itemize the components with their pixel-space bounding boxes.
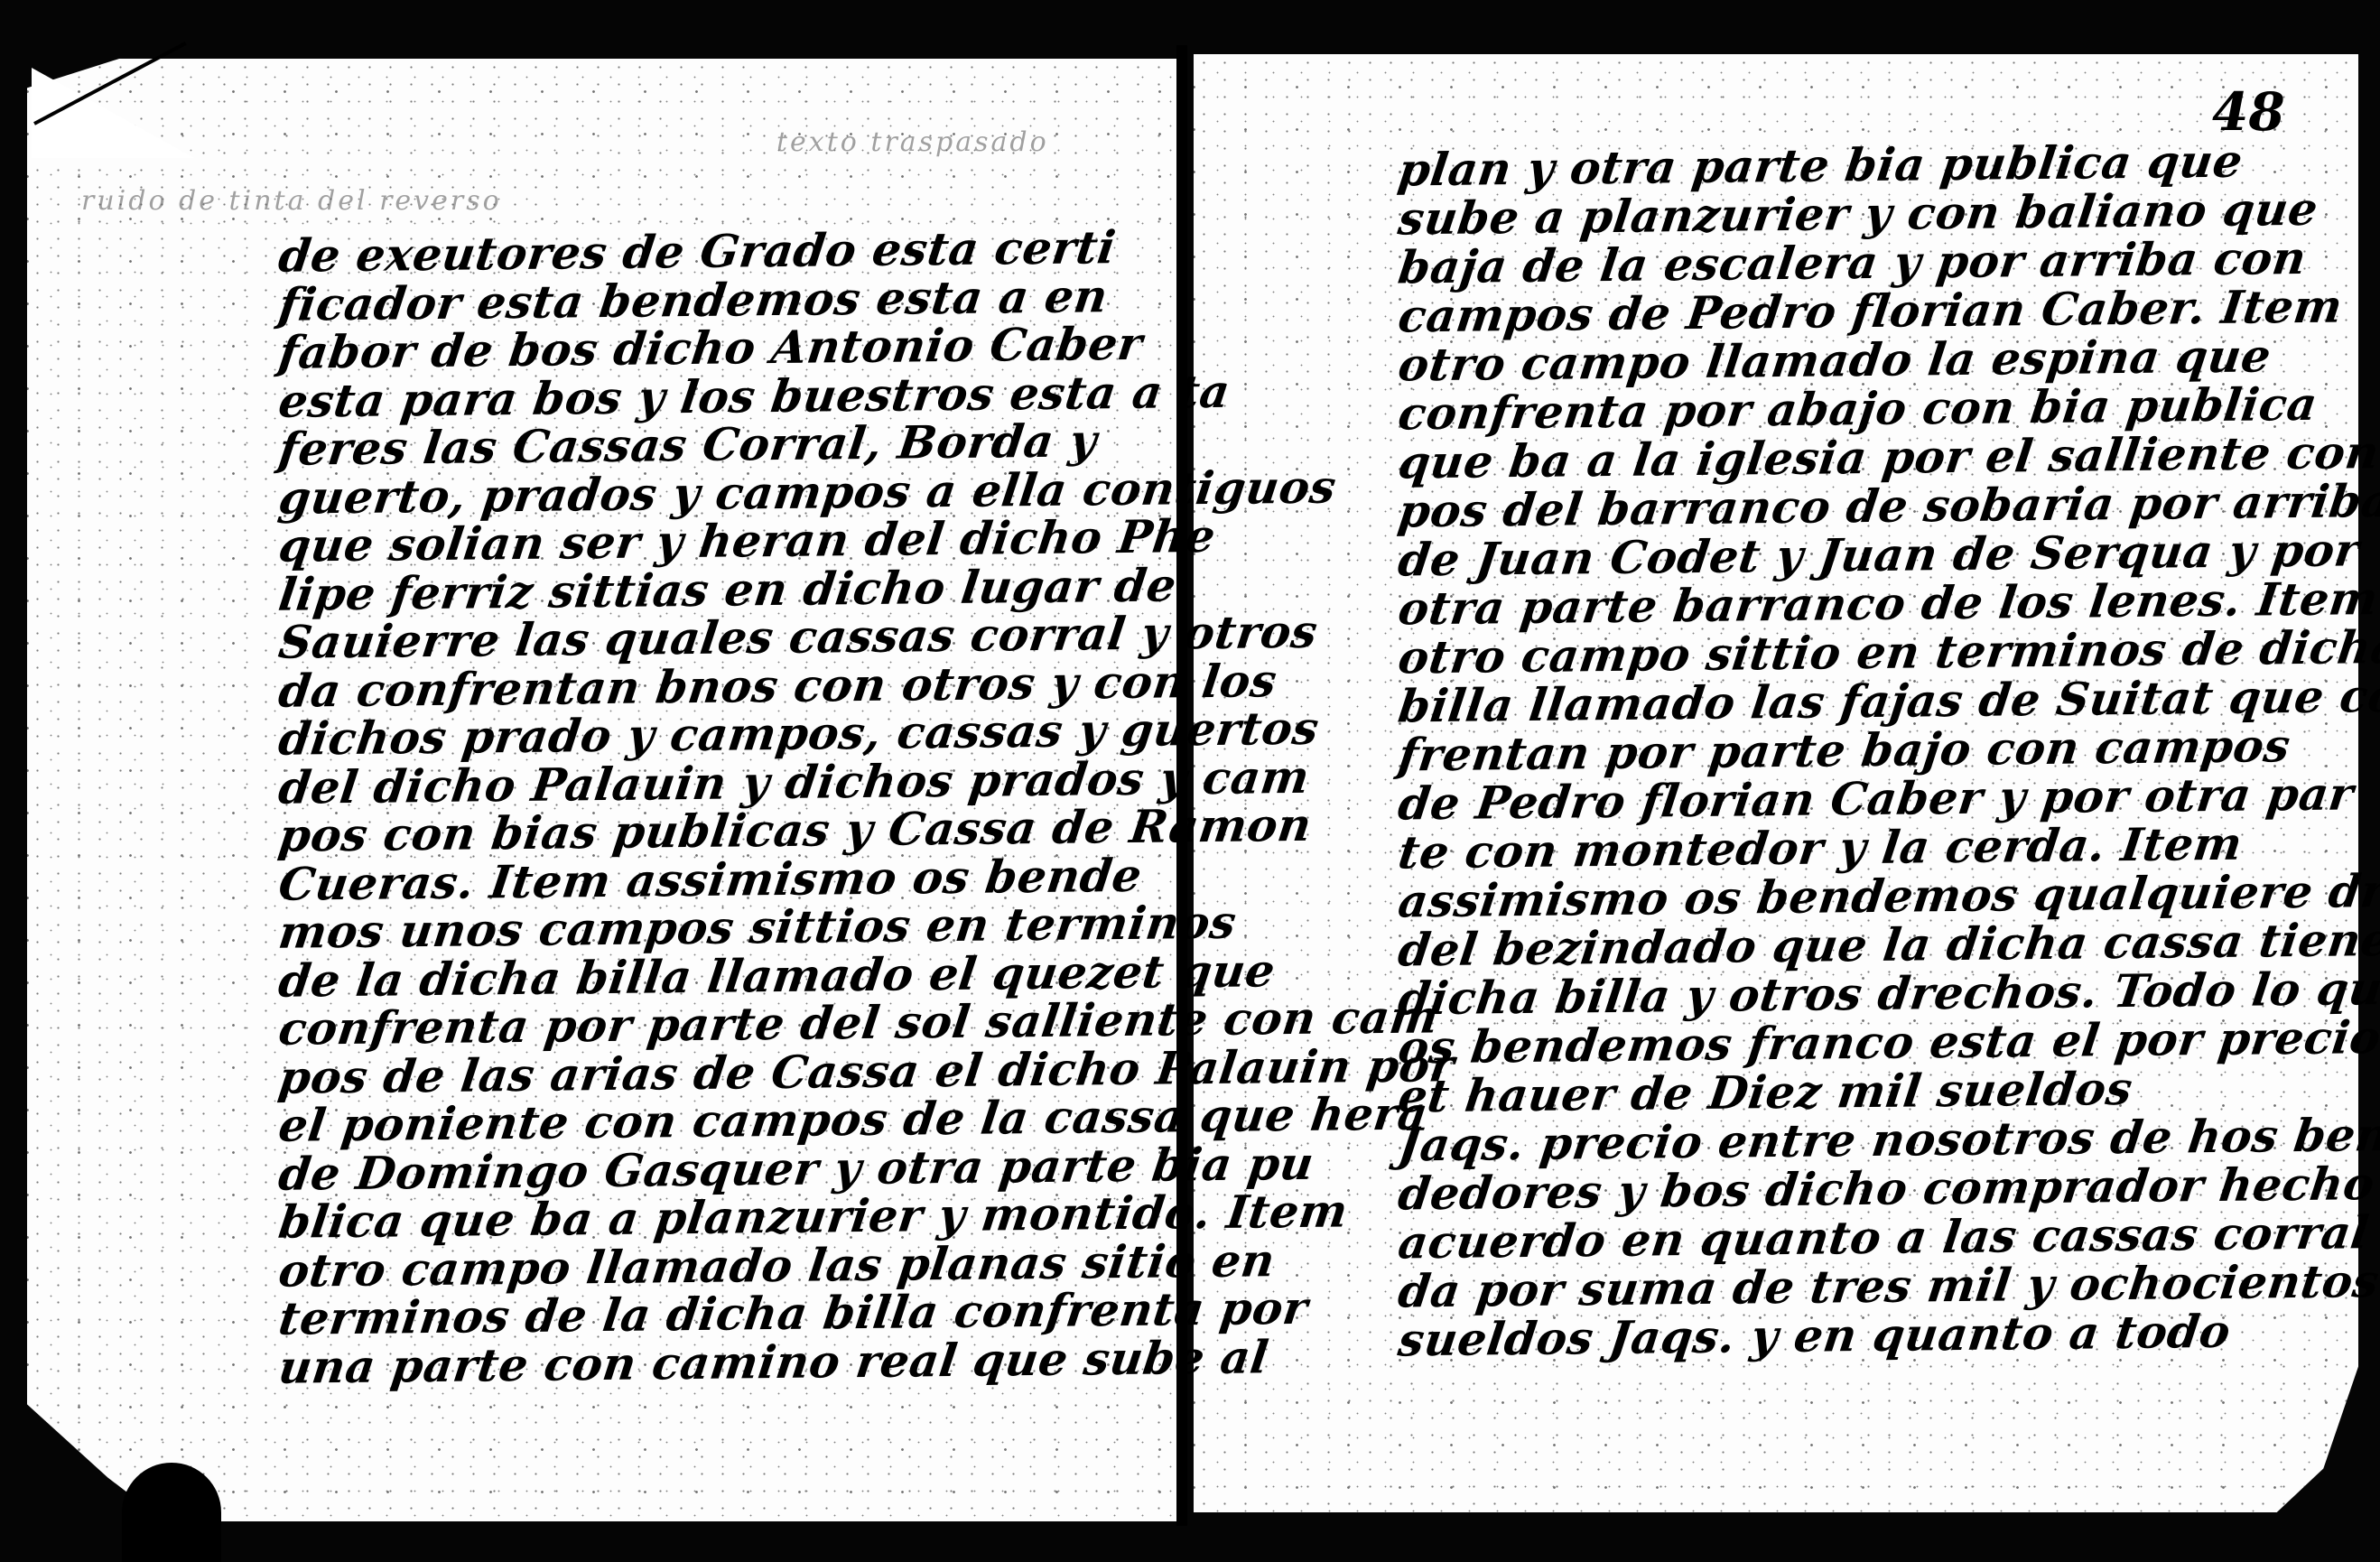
bleed-through-text: texto traspasado	[776, 126, 1049, 158]
right-page-text: plan y otra parte bia publica que sube a…	[1399, 140, 2380, 1359]
text-line: una parte con camino real que sube al	[276, 1331, 1457, 1391]
text-line: sueldos Jaqs. y en quanto a todo	[1396, 1305, 2380, 1365]
page-number: 48	[2212, 81, 2285, 143]
page-tear	[122, 1463, 221, 1562]
bleed-through-text: ruido de tinta del reverso	[81, 185, 502, 217]
left-page-text: de exeutores de Grado esta certi ficador…	[280, 226, 1454, 1385]
